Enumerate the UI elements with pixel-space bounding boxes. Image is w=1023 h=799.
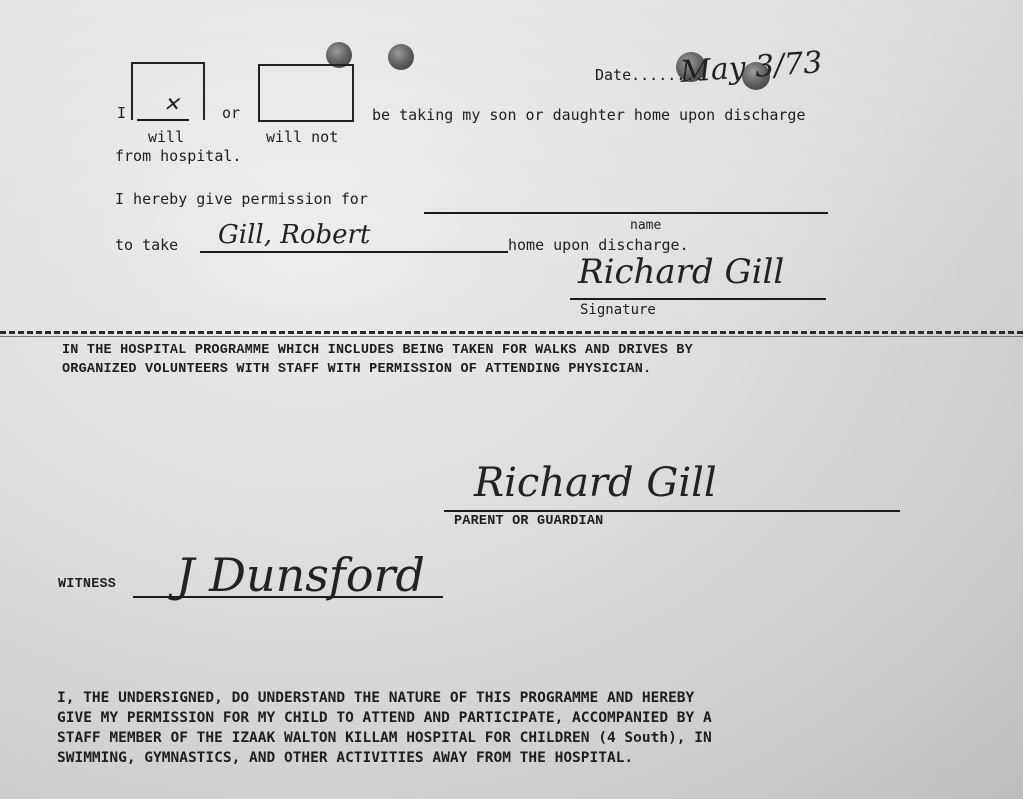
consent-line: I, THE UNDERSIGNED, DO UNDERSTAND THE NA… <box>57 688 712 708</box>
permission-field[interactable] <box>424 212 828 214</box>
guardian-caption: PARENT OR GUARDIAN <box>454 514 603 529</box>
witness-signature: J Dunsford <box>176 548 425 602</box>
name-caption: name <box>630 218 661 233</box>
will-checkbox[interactable]: ✕ <box>131 62 205 120</box>
signature-line[interactable] <box>570 298 826 300</box>
statement-line2: from hospital. <box>115 147 241 165</box>
or-label: or <box>222 104 240 122</box>
check-mark-icon: ✕ <box>163 92 180 116</box>
will-not-checkbox[interactable] <box>258 64 354 122</box>
signature-caption: Signature <box>580 302 656 318</box>
separator-edge <box>0 336 1023 337</box>
will-not-label: will not <box>266 128 338 146</box>
consent-line: SWIMMING, GYMNASTICS, AND OTHER ACTIVITI… <box>57 748 712 768</box>
separator-line <box>0 331 1023 334</box>
to-take-value: Gill, Robert <box>218 220 370 250</box>
prefix-i: I <box>117 104 126 122</box>
to-take-label: to take <box>115 236 178 254</box>
will-underline <box>137 119 189 121</box>
permission-label: I hereby give permission for <box>115 190 368 208</box>
will-label: will <box>148 128 184 146</box>
guardian-signature-line[interactable] <box>444 510 900 512</box>
guardian-signature: Richard Gill <box>474 460 717 506</box>
upper-form-panel <box>0 0 1023 335</box>
statement-line1: be taking my son or daughter home upon d… <box>372 106 805 124</box>
consent-paragraph: I, THE UNDERSIGNED, DO UNDERSTAND THE NA… <box>57 688 712 768</box>
upper-signature: Richard Gill <box>578 252 784 292</box>
to-take-field[interactable] <box>200 251 508 253</box>
consent-line: STAFF MEMBER OF THE IZAAK WALTON KILLAM … <box>57 728 712 748</box>
programme-line2: ORGANIZED VOLUNTEERS WITH STAFF WITH PER… <box>62 362 651 377</box>
programme-line1: IN THE HOSPITAL PROGRAMME WHICH INCLUDES… <box>62 343 693 358</box>
consent-line: GIVE MY PERMISSION FOR MY CHILD TO ATTEN… <box>57 708 712 728</box>
witness-label: WITNESS <box>58 577 116 592</box>
punch-hole <box>388 44 414 70</box>
